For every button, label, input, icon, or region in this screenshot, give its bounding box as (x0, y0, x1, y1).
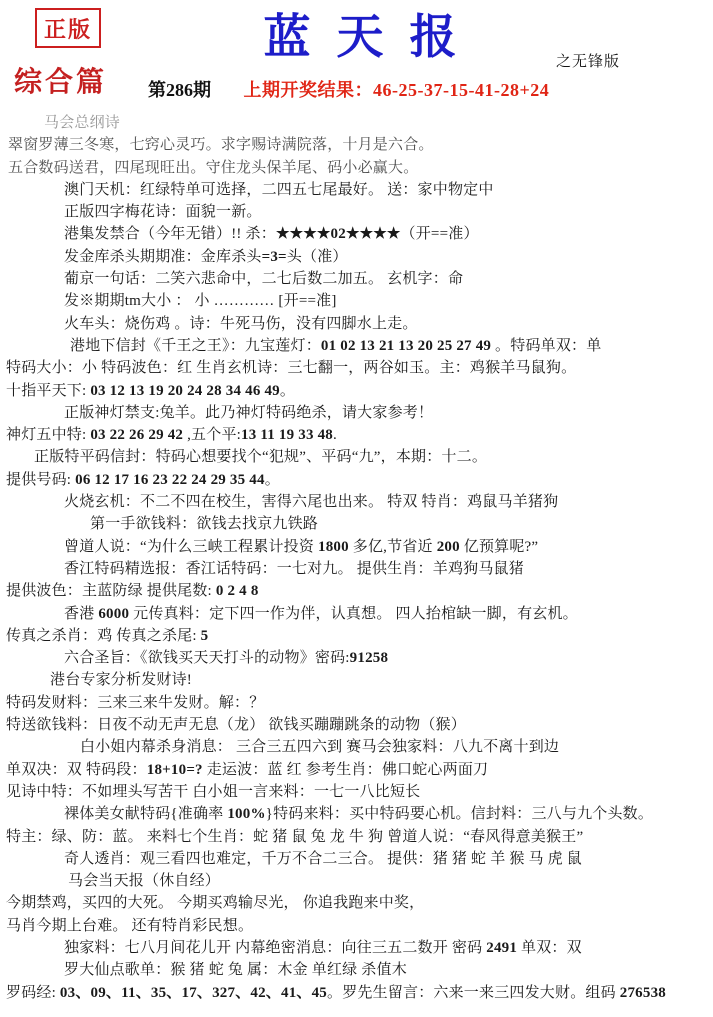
text-segment: 见诗中特：不如埋头写苦干 白小姐一言来料：一七一八比短长 (6, 784, 420, 800)
text-line: 今期禁鸡，买四的大死。 今期买鸡输尽光， 你追我跑来中奖， (6, 892, 713, 914)
text-line: 提供号码: 06 12 17 16 23 22 24 29 35 44。 (6, 469, 713, 491)
text-segment: 276538 (620, 985, 666, 1001)
text-segment: 03 12 13 19 20 24 28 34 46 49 (90, 383, 280, 399)
issue-number: 第286期 (148, 80, 211, 100)
page-title: 蓝天报 (130, 0, 590, 67)
text-segment: 马会总纲诗 (44, 115, 120, 131)
newspaper-page: 正版 蓝天报 之无锋版 综合篇 第286期 上期开奖结果：46-25-37-15… (0, 0, 713, 1017)
text-segment: . (333, 427, 337, 443)
text-line: 罗大仙点歌单：猴 猪 蛇 兔 属：木金 单红绿 杀值木 (6, 959, 713, 981)
text-line: 正版神灯禁支:兔羊。此乃神灯特码绝杀，请大家参考！ (6, 402, 713, 424)
document-body: 马会总纲诗翠窗罗薄三冬寒，七窍心灵巧。求字赐诗满院落，十月是六合。五合数码送君，… (6, 112, 713, 1004)
text-segment: ,五个平: (183, 427, 241, 443)
text-segment: 神灯五中特: (6, 427, 90, 443)
text-segment: 发金库杀头期期准：金库杀头 (64, 249, 262, 265)
text-line: 曾道人说：“为什么三峡工程累计投资 1800 多亿,节省近 200 亿预算呢?” (6, 536, 713, 558)
text-line: 正版四字梅花诗：面貌一新。 (6, 201, 713, 223)
text-segment: 特送欲钱料：日夜不动无声无息（龙） 欲钱买蹦蹦跳条的动物（猴） (6, 717, 466, 733)
text-segment: 裸体美女献特码{准确率 (64, 806, 227, 822)
text-line: 特送欲钱料：日夜不动无声无息（龙） 欲钱买蹦蹦跳条的动物（猴） (6, 714, 713, 736)
text-line: 马会总纲诗 (6, 112, 713, 134)
text-segment: 亿预算呢?” (460, 539, 538, 555)
text-segment: 马会当天报（休自经） (68, 873, 220, 889)
text-segment: 5 (201, 628, 209, 644)
text-segment: 正版特平码信封：特码心想要找个“犯规”、平码“九”，本期：十二。 (34, 449, 487, 465)
text-segment: 元传真料：定下四一作为伴，认真想。 四人抬棺缺一脚，有玄机。 (129, 606, 578, 622)
text-line: 神灯五中特: 03 22 26 29 42 ,五个平:13 11 19 33 4… (6, 424, 713, 446)
text-line: 传真之杀肖：鸡 传真之杀尾: 5 (6, 625, 713, 647)
text-segment: （开==准） (401, 226, 479, 242)
text-segment: 港地下信封《千王之王》：九宝莲灯： (70, 338, 321, 354)
text-segment: 6000 (98, 606, 129, 622)
text-line: 港台专家分析发财诗! (6, 669, 713, 691)
text-line: 香港 6000 元传真料：定下四一作为伴，认真想。 四人抬棺缺一脚，有玄机。 (6, 603, 713, 625)
text-segment: 1800 (318, 539, 349, 555)
text-line: 五合数码送君，四尾现旺出。守住龙头保羊尾、码小必赢大。 (6, 157, 713, 179)
text-line: 葡京一句话：二笑六悲命中，二七后数二加五。 玄机字：命 (6, 268, 713, 290)
edition-label: 之无锋版 (556, 50, 620, 71)
text-segment: 。特码单双：单 (491, 338, 601, 354)
text-segment: }特码来料：买中特码要心机。信封料：三八与九个头数。 (266, 806, 653, 822)
text-segment: ★★★★02★★★★ (276, 226, 401, 242)
text-segment: 。 (265, 472, 280, 488)
text-line: 白小姐内幕杀身消息： 三合三五四六到 赛马会独家料：八九不离十到边 (6, 736, 713, 758)
text-line: 见诗中特：不如埋头写苦干 白小姐一言来料：一七一八比短长 (6, 781, 713, 803)
text-line: 马肖今期上台难。 还有特肖彩民想。 (6, 915, 713, 937)
text-segment: 91258 (350, 650, 389, 666)
text-segment: 提供号码: (6, 472, 75, 488)
text-segment: 单双决：双 特码段： (6, 762, 147, 778)
text-segment: 01 02 13 21 13 20 25 27 49 (321, 338, 491, 354)
text-line: 翠窗罗薄三冬寒，七窍心灵巧。求字赐诗满院落，十月是六合。 (6, 134, 713, 156)
last-draw-result: 上期开奖结果：46-25-37-15-41-28+24 (244, 80, 550, 100)
text-line: 特码大小：小 特码波色：红 生肖玄机诗：三七翻一，两谷如玉。主：鸡猴羊马鼠狗。 (6, 357, 713, 379)
text-segment: 港台专家分析发财诗! (50, 672, 192, 688)
last-draw-result-numbers: 46-25-37-15-41-28+24 (373, 80, 549, 100)
text-line: 奇人透肖：观三看四也难定，千万不合二三合。 提供：猪 猪 蛇 羊 猴 马 虎 鼠 (6, 848, 713, 870)
text-line: 香江特码精选报：香江话特码：一七对九。 提供生肖：羊鸡狗马鼠猪 (6, 558, 713, 580)
text-segment: 多亿,节省近 (349, 539, 437, 555)
text-segment: 传真之杀肖：鸡 传真之杀尾: (6, 628, 201, 644)
text-line: 港集发禁合（今年无错）!! 杀：★★★★02★★★★（开==准） (6, 223, 713, 245)
text-segment: 葡京一句话：二笑六悲命中，二七后数二加五。 玄机字：命 (64, 271, 463, 287)
issue-row: 第286期 上期开奖结果：46-25-37-15-41-28+24 (148, 76, 549, 102)
text-segment: 火车头：烧伤鸡 。诗：牛死马伤，没有四脚水上走。 (64, 316, 418, 332)
text-segment: 头（准） (287, 249, 348, 265)
text-segment: 18+10=? (147, 762, 203, 778)
text-segment: 2491 (486, 940, 517, 956)
text-line: 发※期期tm大小 ： 小 ………… [开==准] (6, 290, 713, 312)
text-segment: 单双：双 (517, 940, 582, 956)
text-segment: 特码发财料：三来三来牛发财。解：？ (6, 695, 264, 711)
text-segment: 罗码经: (6, 985, 60, 1001)
text-line: 火车头：烧伤鸡 。诗：牛死马伤，没有四脚水上走。 (6, 313, 713, 335)
text-segment: 白小姐内幕杀身消息： 三合三五四六到 赛马会独家料：八九不离十到边 (80, 739, 559, 755)
text-segment: 0 2 4 8 (216, 583, 259, 599)
text-segment: =3= (262, 249, 287, 265)
text-segment: 独家料：七八月间花儿开 内幕绝密消息：向往三五二数开 密码 (64, 940, 486, 956)
text-segment: 提供波色：主蓝防绿 提供尾数: (6, 583, 216, 599)
text-segment: 港集发禁合（今年无错）!! 杀： (64, 226, 276, 242)
last-draw-result-label: 上期开奖结果： (244, 80, 374, 100)
text-line: 裸体美女献特码{准确率 100%}特码来料：买中特码要心机。信封料：三八与九个头… (6, 803, 713, 825)
text-line: 独家料：七八月间花儿开 内幕绝密消息：向往三五二数开 密码 2491 单双：双 (6, 937, 713, 959)
text-segment: 香港 (64, 606, 98, 622)
text-segment: 马肖今期上台难。 还有特肖彩民想。 (6, 918, 253, 934)
text-segment: 翠窗罗薄三冬寒，七窍心灵巧。求字赐诗满院落，十月是六合。 (8, 137, 434, 153)
text-segment: 五合数码送君，四尾现旺出。守住龙头保羊尾、码小必赢大。 (8, 160, 418, 176)
text-segment: 奇人透肖：观三看四也难定，千万不合二三合。 提供：猪 猪 蛇 羊 猴 马 虎 鼠 (64, 851, 582, 867)
text-segment: 今期禁鸡，买四的大死。 今期买鸡输尽光， 你追我跑来中奖， (6, 895, 424, 911)
text-segment: 曾道人说：“为什么三峡工程累计投资 (64, 539, 318, 555)
text-line: 火烧玄机：不二不四在校生，害得六尾也出来。 特双 特肖：鸡鼠马羊猪狗 (6, 491, 713, 513)
text-line: 港地下信封《千王之王》：九宝莲灯：01 02 13 21 13 20 25 27… (6, 335, 713, 357)
text-line: 正版特平码信封：特码心想要找个“犯规”、平码“九”，本期：十二。 (6, 446, 713, 468)
text-segment: 香江特码精选报：香江话特码：一七对九。 提供生肖：羊鸡狗马鼠猪 (64, 561, 524, 577)
text-line: 发金库杀头期期准：金库杀头=3=头（准） (6, 246, 713, 268)
text-segment: 。罗先生留言：六来一来三四发大财。组码 (327, 985, 620, 1001)
text-segment: 正版神灯禁支:兔羊。此乃神灯特码绝杀，请大家参考！ (64, 405, 433, 421)
text-line: 十指平天下: 03 12 13 19 20 24 28 34 46 49。 (6, 380, 713, 402)
text-segment: 06 12 17 16 23 22 24 29 35 44 (75, 472, 265, 488)
authentic-stamp: 正版 (35, 8, 101, 48)
text-line: 六合圣旨：《欲钱买天天打斗的动物》密码:91258 (6, 647, 713, 669)
text-line: 罗码经: 03、09、11、35、17、327、42、41、45。罗先生留言：六… (6, 982, 713, 1004)
text-segment: 发※期期tm大小 ： 小 ………… [开==准] (64, 293, 337, 309)
text-segment: 澳门天机：红绿特单可选择，二四五七尾最好。 送：家中物定中 (64, 182, 494, 198)
text-segment: 第一手欲钱料：欲钱去找京九铁路 (90, 516, 318, 532)
text-segment: 。 (280, 383, 295, 399)
text-segment: 罗大仙点歌单：猴 猪 蛇 兔 属：木金 单红绿 杀值木 (64, 962, 407, 978)
text-segment: 六合圣旨：《欲钱买天天打斗的动物》密码: (64, 650, 350, 666)
section-label: 综合篇 (14, 60, 107, 100)
text-segment: 03、09、11、35、17、327、42、41、45 (60, 985, 327, 1001)
text-line: 单双决：双 特码段：18+10=? 走运波：蓝 红 参考生肖：佛口蛇心两面刀 (6, 759, 713, 781)
text-segment: 特主：绿、防：蓝。 来料七个生肖：蛇 猪 鼠 兔 龙 牛 狗 曾道人说：“春风得… (6, 829, 583, 845)
text-segment: 特码大小：小 特码波色：红 生肖玄机诗：三七翻一，两谷如玉。主：鸡猴羊马鼠狗。 (6, 360, 576, 376)
text-segment: 火烧玄机：不二不四在校生，害得六尾也出来。 特双 特肖：鸡鼠马羊猪狗 (64, 494, 558, 510)
text-line: 提供波色：主蓝防绿 提供尾数: 0 2 4 8 (6, 580, 713, 602)
text-line: 澳门天机：红绿特单可选择，二四五七尾最好。 送：家中物定中 (6, 179, 713, 201)
text-line: 特主：绿、防：蓝。 来料七个生肖：蛇 猪 鼠 兔 龙 牛 狗 曾道人说：“春风得… (6, 826, 713, 848)
text-segment: 13 11 19 33 48 (241, 427, 333, 443)
text-line: 特码发财料：三来三来牛发财。解：？ (6, 692, 713, 714)
text-segment: 100% (227, 806, 265, 822)
text-line: 马会当天报（休自经） (6, 870, 713, 892)
text-segment: 十指平天下: (6, 383, 90, 399)
text-segment: 03 22 26 29 42 (90, 427, 183, 443)
text-segment: 走运波：蓝 红 参考生肖：佛口蛇心两面刀 (203, 762, 488, 778)
text-line: 第一手欲钱料：欲钱去找京九铁路 (6, 513, 713, 535)
text-segment: 200 (437, 539, 460, 555)
text-segment: 正版四字梅花诗：面貌一新。 (64, 204, 262, 220)
